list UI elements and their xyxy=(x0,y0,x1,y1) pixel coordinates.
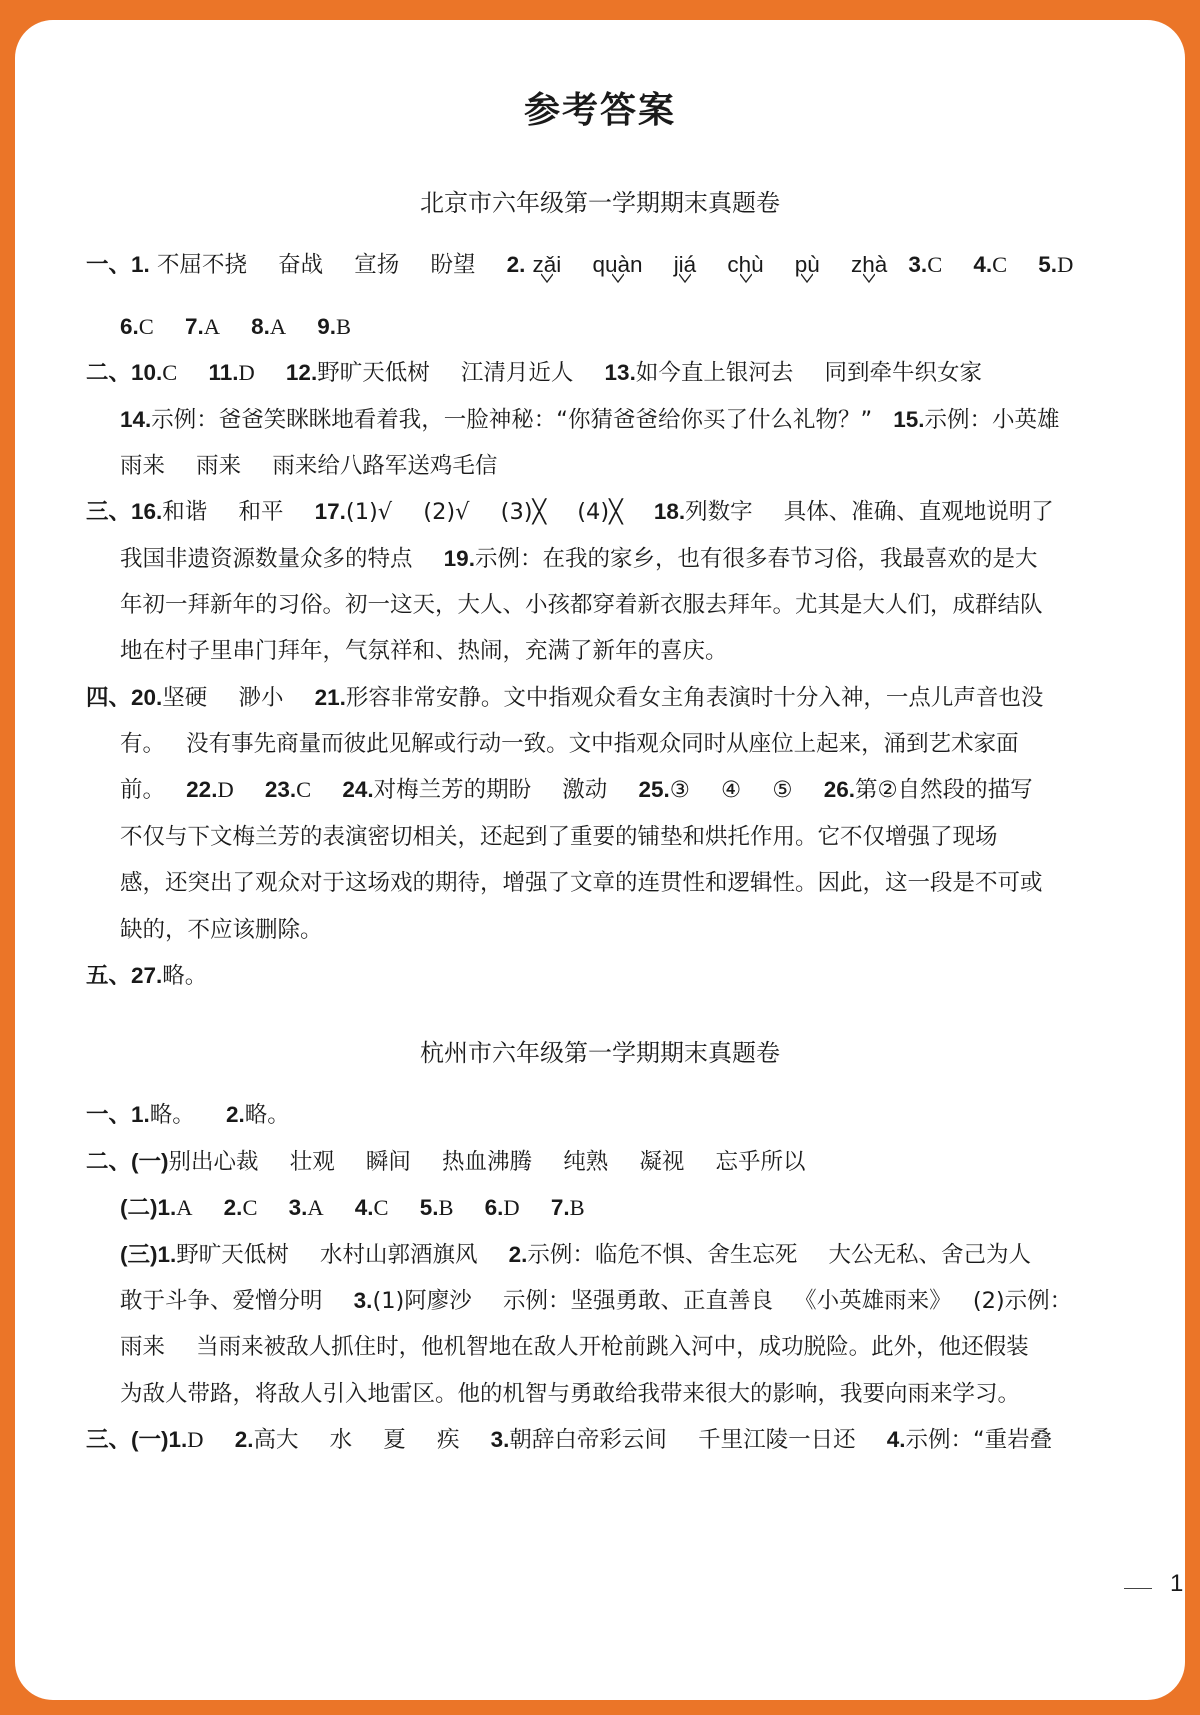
answer-text: 《小英雄雨来》 xyxy=(794,1288,952,1314)
question-number: 18. xyxy=(654,499,685,524)
question-number: 8. xyxy=(251,314,270,339)
beijing-s4-line3: 前。 22.D 23.C 24.对梅兰芳的期盼 激动 25.③ ④ ⑤ 26.第… xyxy=(120,775,1033,805)
answer-text: 列数字 xyxy=(685,499,753,525)
answer-text: (1)阿廖沙 xyxy=(372,1288,471,1314)
answer-text: 不屈不挠 xyxy=(157,252,247,278)
part-label: 三、 xyxy=(86,1427,131,1452)
part-label: 五、 xyxy=(86,963,131,988)
answer-text: 示例：“重岩叠 xyxy=(906,1427,1053,1453)
checkmark-v-icon xyxy=(863,272,875,284)
answer-text: (2)√ xyxy=(423,499,469,525)
pinyin-answer: quàn xyxy=(592,250,642,280)
page-number: 1 xyxy=(1170,1570,1183,1598)
beijing-s1-line1: 一、1. 不屈不挠 奋战 宣扬 盼望 2. zǎi quàn jiá chù p… xyxy=(86,250,1073,280)
question-number: 5. xyxy=(420,1195,439,1220)
question-number: 27. xyxy=(131,963,162,988)
answer-text: 朝辞白帝彩云间 xyxy=(509,1427,667,1453)
answer-text: 坚硬 xyxy=(162,685,207,711)
answer-choice: A xyxy=(204,314,220,339)
question-number: 5. xyxy=(1038,252,1057,277)
answer-text: 当雨来被敌人抓住时，他机智地在敌人开枪前跳入河中，成功脱险。此外，他还假装 xyxy=(196,1334,1029,1360)
checkmark-v-icon xyxy=(612,272,624,284)
answer-text: ④ xyxy=(721,777,741,803)
question-number: 3. xyxy=(289,1195,308,1220)
hangzhou-s2-line6: 为敌人带路，将敌人引入地雷区。他的机智与勇敢给我带来很大的影响，我要向雨来学习。 xyxy=(120,1379,1020,1409)
answer-text: 示例：临危不惧、舍生忘死 xyxy=(527,1242,797,1268)
question-number: 2. xyxy=(224,1195,243,1220)
question-number: 20. xyxy=(131,685,162,710)
pinyin-answer: zǎi xyxy=(533,250,562,280)
answer-choice: B xyxy=(570,1195,585,1220)
beijing-s4-line5: 感，还突出了观众对于这场戏的期待，增强了文章的连贯性和逻辑性。因此，这一段是不可… xyxy=(120,868,1043,898)
question-number: 15. xyxy=(893,407,924,432)
answer-choice: C xyxy=(139,314,154,339)
question-number: 11. xyxy=(208,360,238,385)
subpart-label: (三) xyxy=(120,1242,158,1267)
answer-choice: A xyxy=(307,1195,323,1220)
beijing-s3-line4: 地在村子里串门拜年，气氛祥和、热闹，充满了新年的喜庆。 xyxy=(120,636,728,666)
answer-text: 水村山郭酒旗风 xyxy=(320,1242,478,1268)
answer-text: 雨来给八路军送鸡毛信 xyxy=(272,453,497,479)
answer-text: 雨来 xyxy=(196,453,241,479)
answer-text: 没有事先商量而彼此见解或行动一致。文中指观众同时从座位上起来，涌到艺术家面 xyxy=(186,731,1019,757)
subpart-label: (一) xyxy=(131,1427,169,1452)
question-number: 3. xyxy=(354,1288,373,1313)
question-number: 1. xyxy=(158,1195,177,1220)
answer-text: 对梅兰芳的期盼 xyxy=(374,777,532,803)
answer-text: (4)╳ xyxy=(577,499,622,525)
checkmark-v-icon xyxy=(679,272,691,284)
answer-text: 略。 xyxy=(245,1102,290,1128)
hangzhou-s2-line4: 敢于斗争、爱憎分明 3.(1)阿廖沙 示例：坚强勇敢、正直善良 《小英雄雨来》 … xyxy=(120,1286,1072,1316)
checkmark-v-icon xyxy=(801,272,813,284)
answer-text: 高大 xyxy=(253,1427,298,1453)
answer-text: 示例：小英雄 xyxy=(925,407,1060,433)
checkmark-v-icon xyxy=(541,272,553,284)
question-number: 22. xyxy=(186,777,217,802)
question-number: 25. xyxy=(638,777,669,802)
answer-choice: A xyxy=(270,314,286,339)
checkmark-v-icon xyxy=(740,272,752,284)
part-label: 一、 xyxy=(86,1102,131,1127)
answer-text: 热血沸腾 xyxy=(442,1149,532,1175)
question-number: 2. xyxy=(507,252,526,277)
answer-text: 同到牵牛织女家 xyxy=(825,360,983,386)
question-number: 4. xyxy=(355,1195,374,1220)
answer-text: 纯熟 xyxy=(563,1149,608,1175)
question-number: 2. xyxy=(226,1102,245,1127)
beijing-s3-line2: 我国非遗资源数量众多的特点 19.示例：在我的家乡，也有很多春节习俗，我最喜欢的… xyxy=(120,544,1037,574)
answer-text: 大公无私、舍己为人 xyxy=(829,1242,1032,1268)
answer-text: 雨来 xyxy=(120,1334,165,1360)
question-number: 4. xyxy=(973,252,992,277)
question-number: 13. xyxy=(605,360,636,385)
question-number: 3. xyxy=(491,1427,510,1452)
answer-text: 略。 xyxy=(162,963,207,989)
question-number: 6. xyxy=(485,1195,504,1220)
beijing-s4-line4: 不仅与下文梅兰芳的表演密切相关，还起到了重要的铺垫和烘托作用。它不仅增强了现场 xyxy=(120,822,998,852)
beijing-s4-line2: 有。 没有事先商量而彼此见解或行动一致。文中指观众同时从座位上起来，涌到艺术家面 xyxy=(120,729,1019,759)
question-number: 10. xyxy=(131,360,162,385)
question-number: 2. xyxy=(235,1427,254,1452)
answer-text: 忘乎所以 xyxy=(716,1149,806,1175)
answer-text: ⑤ xyxy=(772,777,792,803)
hangzhou-s2-line3: (三)1.野旷天低树 水村山郭酒旗风 2.示例：临危不惧、舍生忘死 大公无私、舍… xyxy=(120,1240,1031,1270)
hangzhou-s2-line1: 二、(一)别出心裁 壮观 瞬间 热血沸腾 纯熟 凝视 忘乎所以 xyxy=(86,1147,806,1177)
answer-choice: C xyxy=(992,252,1007,277)
answer-text: 凝视 xyxy=(639,1149,684,1175)
answer-choice: C xyxy=(927,252,942,277)
question-number: 1. xyxy=(131,1102,150,1127)
answer-text: 敢于斗争、爱憎分明 xyxy=(120,1288,323,1314)
answer-text: 略。 xyxy=(150,1102,195,1128)
answer-choice: C xyxy=(162,360,177,385)
answer-text: 如今直上银河去 xyxy=(636,360,794,386)
part-label: 二、 xyxy=(86,360,131,385)
question-number: 23. xyxy=(265,777,296,802)
question-number: 12. xyxy=(286,360,317,385)
question-number: 9. xyxy=(317,314,336,339)
question-number: 17. xyxy=(315,499,346,524)
answer-text: 野旷天低树 xyxy=(176,1242,289,1268)
answer-choice: A xyxy=(176,1195,192,1220)
beijing-s4-line1: 四、20.坚硬 渺小 21.形容非常安静。文中指观众看女主角表演时十分入神，一点… xyxy=(86,683,1043,713)
question-number: 14. xyxy=(120,407,151,432)
answer-text: 野旷天低树 xyxy=(317,360,430,386)
answer-text: (2)示例： xyxy=(973,1288,1072,1314)
question-number: 26. xyxy=(824,777,855,802)
subpart-label: (二) xyxy=(120,1195,158,1220)
beijing-s1-line2: 6.C 7.A 8.A 9.B xyxy=(120,312,351,342)
answer-text: 千里江陵一日还 xyxy=(698,1427,856,1453)
answer-text: 和平 xyxy=(238,499,283,525)
part-label: 四、 xyxy=(86,685,131,710)
question-number: 16. xyxy=(131,499,162,524)
answer-text: (1)√ xyxy=(346,499,392,525)
beijing-s2-line3: 雨来 雨来 雨来给八路军送鸡毛信 xyxy=(120,451,497,481)
answer-choice: C xyxy=(242,1195,257,1220)
pinyin-answer: zhà xyxy=(851,250,887,280)
answer-text: 江清月近人 xyxy=(461,360,574,386)
answer-text: 形容非常安静。文中指观众看女主角表演时十分入神，一点儿声音也没 xyxy=(346,685,1044,711)
question-number: 1. xyxy=(169,1427,188,1452)
answer-text: 示例：在我的家乡，也有很多春节习俗，我最喜欢的是大 xyxy=(475,546,1038,572)
answer-text: 前。 xyxy=(120,777,165,803)
answer-text: ③ xyxy=(670,777,690,803)
beijing-s3-line3: 年初一拜新年的习俗。初一这天，大人、小孩都穿着新衣服去拜年。尤其是大人们，成群结… xyxy=(120,590,1043,620)
section-title-beijing: 北京市六年级第一学期期末真题卷 xyxy=(0,183,1200,218)
answer-text: 雨来 xyxy=(120,453,165,479)
part-label: 二、 xyxy=(86,1149,131,1174)
answer-choice: B xyxy=(438,1195,453,1220)
question-number: 1. xyxy=(131,252,150,277)
answer-text: 奋战 xyxy=(278,252,323,278)
answer-choice: D xyxy=(1057,252,1073,277)
answer-text: 激动 xyxy=(562,777,607,803)
beijing-s2-line2: 14.示例：爸爸笑眯眯地看着我，一脸神秘：“你猜爸爸给你买了什么礼物？” 15.… xyxy=(120,405,1060,435)
question-number: 4. xyxy=(887,1427,906,1452)
answer-choice: C xyxy=(296,777,311,802)
subpart-label: (一) xyxy=(131,1149,169,1174)
answer-text: 水 xyxy=(330,1427,353,1453)
hangzhou-s3-line1: 三、(一)1.D 2.高大 水 夏 疾 3.朝辞白帝彩云间 千里江陵一日还 4.… xyxy=(86,1425,1052,1455)
answer-choice: D xyxy=(239,360,255,385)
answer-text: 示例：爸爸笑眯眯地看着我，一脸神秘：“你猜爸爸给你买了什么礼物？” xyxy=(151,407,872,433)
question-number: 1. xyxy=(158,1242,177,1267)
beijing-s3-line1: 三、16.和谐 和平 17.(1)√ (2)√ (3)╳ (4)╳ 18.列数字… xyxy=(86,497,1054,527)
pinyin-answer: pù xyxy=(795,250,820,280)
answer-text: 别出心裁 xyxy=(169,1149,259,1175)
answer-text: 我国非遗资源数量众多的特点 xyxy=(120,546,413,572)
beijing-s5-line1: 五、27.略。 xyxy=(86,961,207,991)
beijing-s2-line1: 二、10.C 11.D 12.野旷天低树 江清月近人 13.如今直上银河去 同到… xyxy=(86,358,982,388)
answer-text: 具体、准确、直观地说明了 xyxy=(784,499,1054,525)
question-number: 24. xyxy=(342,777,373,802)
answer-text: 示例：坚强勇敢、正直善良 xyxy=(503,1288,773,1314)
part-label: 一、 xyxy=(86,252,131,277)
answer-choice: C xyxy=(374,1195,389,1220)
answer-text: 盼望 xyxy=(430,252,475,278)
answer-text: 疾 xyxy=(437,1427,460,1453)
part-label: 三、 xyxy=(86,499,131,524)
pinyin-answer: chù xyxy=(727,250,763,280)
answer-text: (3)╳ xyxy=(501,499,546,525)
question-number: 21. xyxy=(315,685,346,710)
answer-choice: D xyxy=(217,777,233,802)
answer-choice: D xyxy=(503,1195,519,1220)
beijing-s4-line6: 缺的，不应该删除。 xyxy=(120,915,323,945)
answer-choice: B xyxy=(336,314,351,339)
question-number: 7. xyxy=(551,1195,570,1220)
answer-text: 瞬间 xyxy=(366,1149,411,1175)
hangzhou-s1-line1: 一、1.略。 2.略。 xyxy=(86,1100,290,1130)
answer-text: 和谐 xyxy=(162,499,207,525)
page-title: 参考答案 xyxy=(0,82,1200,133)
answer-text: 壮观 xyxy=(290,1149,335,1175)
hangzhou-s2-line2: (二)1.A 2.C 3.A 4.C 5.B 6.D 7.B xyxy=(120,1193,585,1223)
question-number: 6. xyxy=(120,314,139,339)
question-number: 2. xyxy=(509,1242,528,1267)
answer-text: 夏 xyxy=(383,1427,406,1453)
hangzhou-s2-line5: 雨来 当雨来被敌人抓住时，他机智地在敌人开枪前跳入河中，成功脱险。此外，他还假装 xyxy=(120,1332,1029,1362)
pinyin-answer: jiá xyxy=(674,250,697,280)
answer-text: 第②自然段的描写 xyxy=(855,777,1033,803)
question-number: 19. xyxy=(444,546,475,571)
question-number: 7. xyxy=(185,314,204,339)
answer-text: 渺小 xyxy=(238,685,283,711)
answer-choice: D xyxy=(187,1427,203,1452)
page-number-dash xyxy=(1124,1588,1152,1589)
section-title-hangzhou: 杭州市六年级第一学期期末真题卷 xyxy=(0,1033,1200,1068)
answer-text: 有。 xyxy=(120,731,165,757)
answer-text: 宣扬 xyxy=(354,252,399,278)
question-number: 3. xyxy=(908,252,927,277)
